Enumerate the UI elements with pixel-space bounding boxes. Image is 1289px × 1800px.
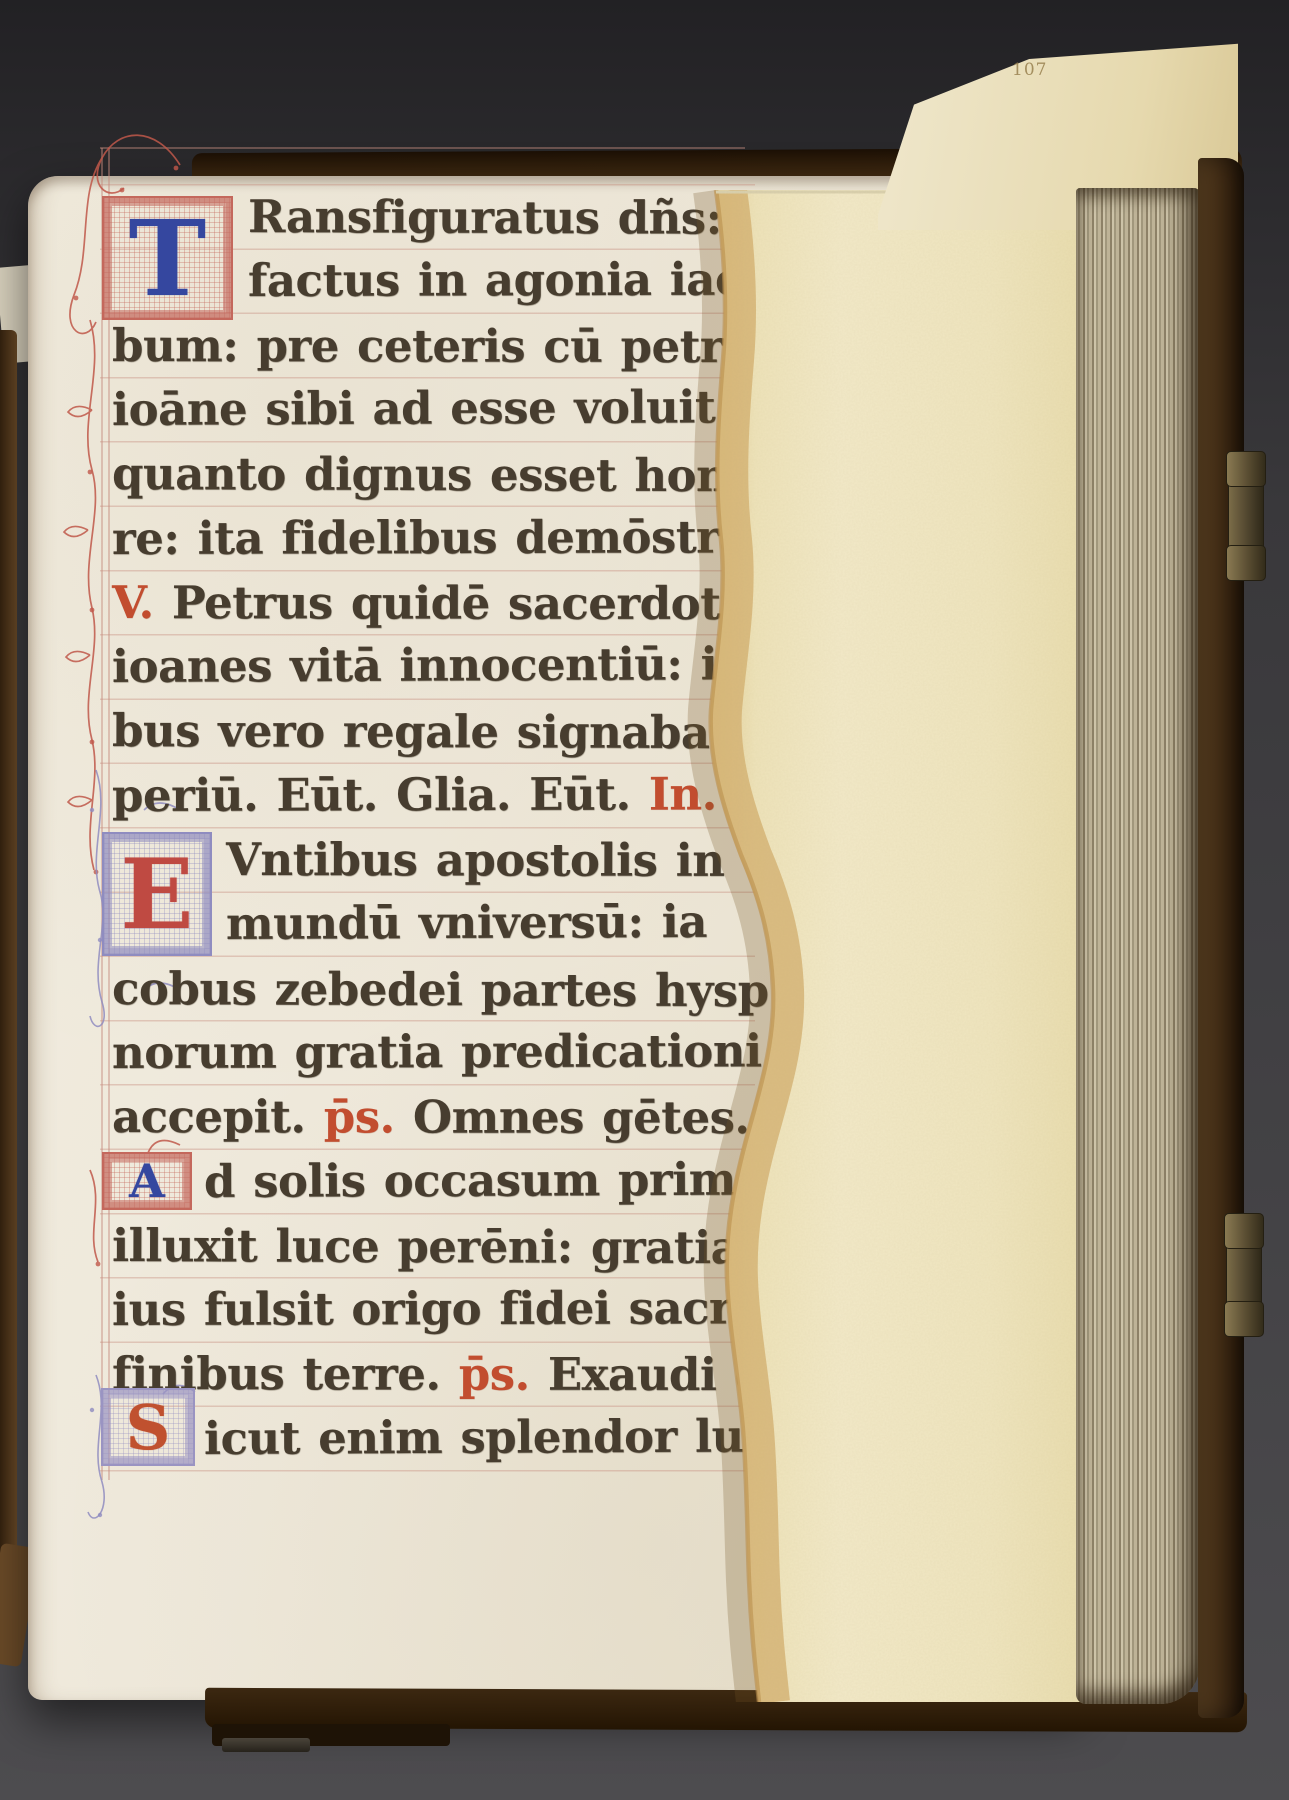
text-line: re: ita fidelibus demōstrat bbox=[112, 506, 768, 574]
initial-letter: T bbox=[129, 197, 206, 320]
bottom-clasp-hook bbox=[222, 1738, 310, 1752]
ink-text: Exaudi ds ō bbox=[548, 1348, 838, 1402]
text-line: icut enim splendor lucis bbox=[204, 1405, 812, 1474]
text-line: Ransfiguratus dñs: c bbox=[248, 186, 767, 254]
text-line: norum gratia predicationi bbox=[112, 1020, 762, 1088]
left-cover-board-edge bbox=[0, 330, 17, 1660]
text-line: factus in agonia iaco bbox=[248, 249, 772, 316]
illuminated-initial-T: T bbox=[102, 196, 233, 320]
text-line: mundū vniversū: ia bbox=[226, 891, 707, 959]
ink-text: ius fulsit origo fidei sacre i bbox=[112, 1281, 795, 1336]
ink-text: Ransfiguratus dñs: c bbox=[248, 190, 767, 245]
ink-text: quanto dignus esset hono bbox=[112, 447, 758, 502]
text-line: ius fulsit origo fidei sacre i bbox=[112, 1277, 795, 1345]
ink-text: illuxit luce perēni: gratia ci bbox=[112, 1219, 801, 1274]
ink-text: Omnes gētes. bbox=[413, 1091, 768, 1145]
text-line: cobus zebedei partes hysp bbox=[112, 958, 769, 1026]
ink-text: d solis occasum prim bbox=[204, 1152, 736, 1207]
text-line: quanto dignus esset hono bbox=[112, 443, 758, 511]
book-clasp-lower bbox=[1226, 1214, 1262, 1336]
folio-number: 107 bbox=[1012, 60, 1068, 80]
ink-text: factus in agonia iaco bbox=[248, 253, 771, 307]
initial-letter: E bbox=[120, 838, 193, 951]
ink-text: accepit. bbox=[112, 1090, 324, 1143]
text-line: bus vero regale signabat in bbox=[112, 700, 797, 768]
manuscript-photograph: Ransfiguratus dñs: cTfactus in agonia ia… bbox=[0, 0, 1289, 1800]
ink-text: cobus zebedei partes hysp bbox=[112, 962, 769, 1017]
text-line: Vntibus apostolis in bbox=[226, 829, 725, 896]
text-line: finibus terre. p̄s. Exaudi ds ō bbox=[112, 1343, 838, 1410]
ink-text: periū. Eūt. Glia. Eūt. bbox=[112, 767, 649, 821]
text-line: V. Petrus quidē sacerdotiu bbox=[112, 572, 769, 639]
illuminated-initial-E: E bbox=[102, 832, 212, 956]
ink-text: icut enim splendor lucis bbox=[204, 1409, 812, 1465]
ink-text: Vntibus apostolis in bbox=[226, 833, 725, 887]
text-line: periū. Eūt. Glia. Eūt. In. ij. n̄. aī bbox=[112, 763, 912, 831]
ruling-line-vertical bbox=[108, 148, 110, 1480]
rubric-text: p̄s. bbox=[324, 1091, 413, 1144]
rubric-text: p̄s. bbox=[459, 1348, 548, 1401]
illuminated-initial-A: A bbox=[102, 1152, 192, 1210]
right-cover-board bbox=[1198, 158, 1244, 1718]
fore-edge-page-stack bbox=[1076, 188, 1200, 1704]
initial-letter: A bbox=[129, 1154, 165, 1208]
text-line: illuxit luce perēni: gratia ci bbox=[112, 1215, 801, 1283]
ink-text: bum: pre ceteris cū petro e bbox=[112, 319, 799, 373]
initial-letter: S bbox=[126, 1391, 171, 1464]
ink-text: ioanes vitā innocentiū: ia bbox=[112, 637, 746, 693]
text-line: accepit. p̄s. Omnes gētes. a bbox=[112, 1086, 797, 1153]
ink-text: ioāne sibi ad esse voluit. Et bbox=[112, 380, 803, 436]
text-line: bum: pre ceteris cū petro e bbox=[112, 315, 799, 382]
ink-text: re: ita fidelibus demōstrat bbox=[112, 510, 768, 565]
book-clasp-upper bbox=[1228, 452, 1264, 580]
text-line: ioāne sibi ad esse voluit. Et bbox=[112, 376, 803, 445]
text-line: d solis occasum prim bbox=[204, 1148, 736, 1216]
ink-text: mundū vniversū: ia bbox=[226, 895, 707, 950]
text-line: ioanes vitā innocentiū: ia bbox=[112, 633, 746, 702]
rubric-text: In. ij. n̄. aī bbox=[649, 767, 912, 821]
ink-text: bus vero regale signabat in bbox=[112, 704, 797, 759]
ruling-line-vertical bbox=[101, 148, 103, 1480]
ruling-line-top bbox=[100, 147, 745, 149]
ink-text: Petrus quidē sacerdotiu bbox=[172, 576, 769, 630]
rubric-text: V. bbox=[112, 576, 172, 629]
ink-text: norum gratia predicationi bbox=[112, 1024, 762, 1079]
rubric-text: a bbox=[768, 1091, 797, 1144]
illuminated-initial-S: S bbox=[101, 1388, 195, 1466]
